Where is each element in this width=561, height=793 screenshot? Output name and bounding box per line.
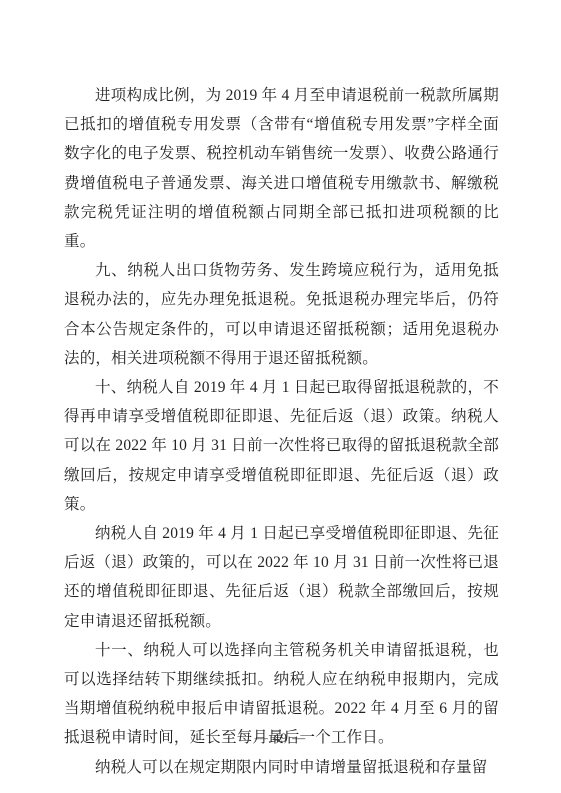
document-page: 进项构成比例，为 2019 年 4 月至申请退税前一税款所属期已抵扣的增值税专用… (0, 0, 561, 793)
paragraph: 纳税人可以在规定期限内同时申请增量留抵退税和存量留 (64, 753, 499, 782)
paragraph: 十、纳税人自 2019 年 4 月 1 日起已取得留抵退税款的，不得再申请享受增… (64, 373, 499, 519)
paragraph: 纳税人自 2019 年 4 月 1 日起已享受增值税即征即退、先征后返（退）政策… (64, 519, 499, 636)
paragraph: 九、纳税人出口货物劳务、发生跨境应税行为，适用免抵退税办法的，应先办理免抵退税。… (64, 256, 499, 373)
document-body: 进项构成比例，为 2019 年 4 月至申请退税前一税款所属期已抵扣的增值税专用… (64, 81, 499, 782)
page-number: — 49 — (0, 730, 561, 746)
paragraph: 进项构成比例，为 2019 年 4 月至申请退税前一税款所属期已抵扣的增值税专用… (64, 81, 499, 256)
